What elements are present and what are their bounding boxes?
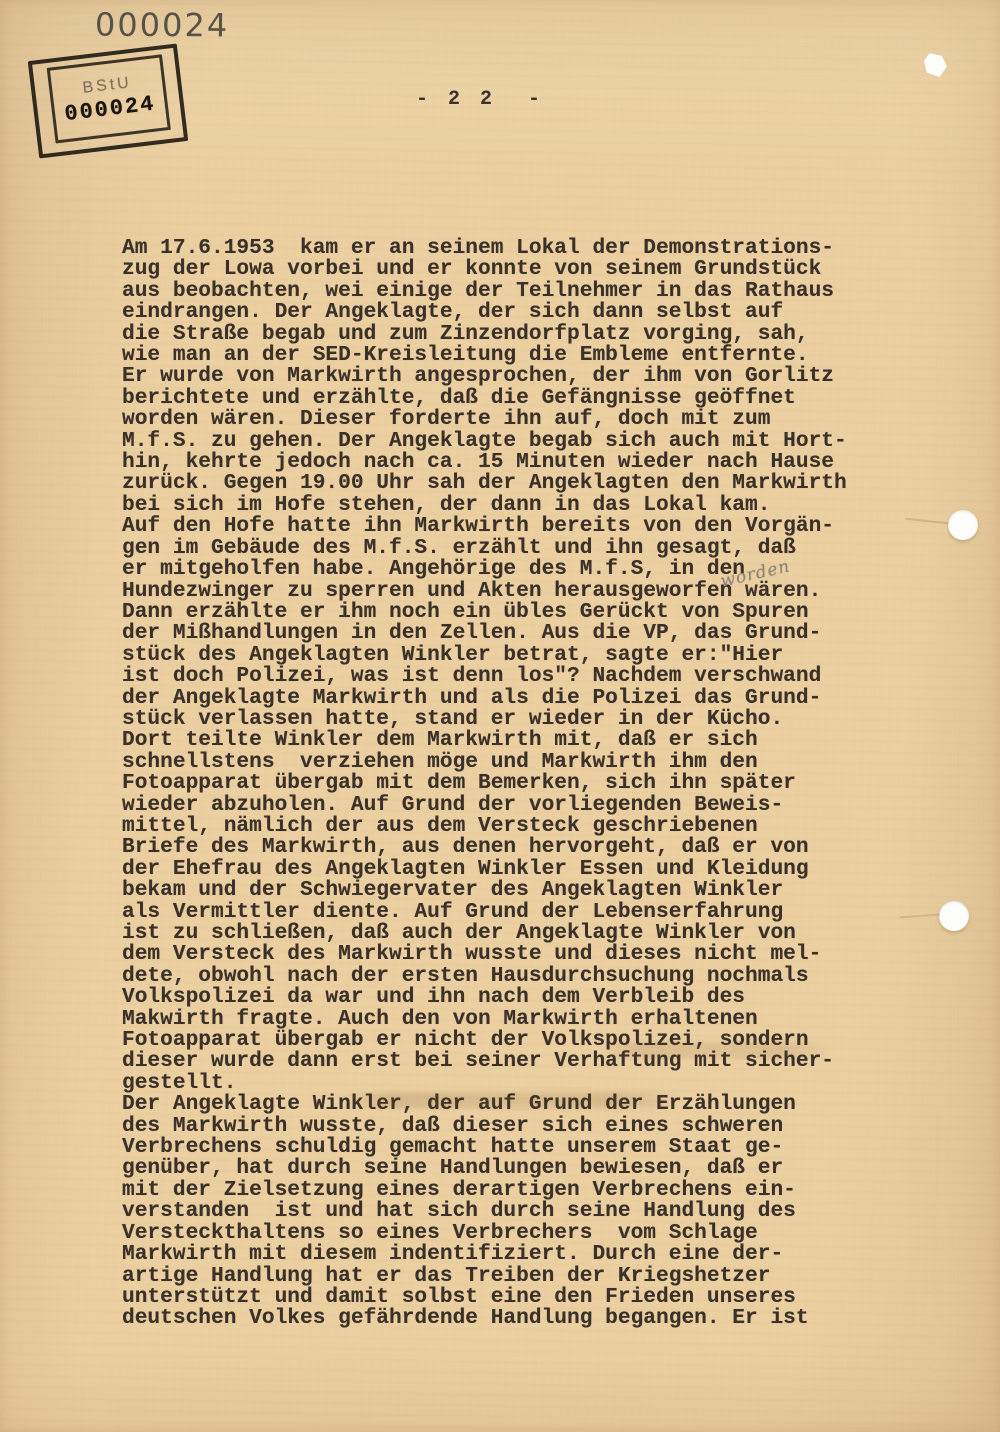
body-line: Makwirth fragte. Auch den von Markwirth …: [122, 1009, 892, 1030]
body-line: zurück. Gegen 19.00 Uhr sah der Angeklag…: [122, 473, 892, 494]
bstu-archive-stamp: BStU 000024: [28, 43, 189, 158]
body-line: bekam und der Schwiegervater des Angekla…: [122, 880, 892, 901]
body-line: dete, obwohl nach der ersten Hausdurchsu…: [122, 966, 892, 987]
body-line: artige Handlung hat er das Treiben der K…: [122, 1266, 892, 1287]
paper-crease: [905, 518, 949, 525]
punch-hole: [939, 901, 969, 931]
ink-bleedthrough-smudge: [600, 1042, 830, 1058]
body-line: verstanden ist und hat sich durch seine …: [122, 1201, 892, 1222]
body-line: bei sich im Hofe stehen, der dann in das…: [122, 495, 892, 516]
document-body: Am 17.6.1953 kam er an seinem Lokal der …: [122, 238, 892, 1330]
body-line: stück verlassen hatte, stand er wieder i…: [122, 709, 892, 730]
body-line: worden wären. Dieser forderte ihn auf, d…: [122, 409, 892, 430]
body-line: mit der Zielsetzung eines derartigen Ver…: [122, 1180, 892, 1201]
body-line: als Vermittler diente. Auf Grund der Leb…: [122, 902, 892, 923]
body-line: gen im Gebäude des M.f.S. erzählt und ih…: [122, 538, 892, 559]
body-line: M.f.S. zu gehen. Der Angeklagte begab si…: [122, 431, 892, 452]
bstu-stamp-inner-frame: BStU 000024: [47, 54, 171, 143]
body-line: Auf den Hofe hatte ihn Markwirth bereits…: [122, 516, 892, 537]
body-line: Volkspolizei da war und ihn nach dem Ver…: [122, 987, 892, 1008]
body-line: wieder abzuholen. Auf Grund der vorliege…: [122, 795, 892, 816]
body-line: genüber, hat durch seine Handlungen bewi…: [122, 1158, 892, 1179]
body-line: Dort teilte Winkler dem Markwirth mit, d…: [122, 730, 892, 751]
body-line: deutschen Volkes gefährdende Handlung be…: [122, 1308, 892, 1329]
body-line: der Mißhandlungen in den Zellen. Aus die…: [122, 623, 892, 644]
body-line: dem Versteck des Markwirth wusste und di…: [122, 944, 892, 965]
body-line: Dann erzählte er ihm noch ein übles Gerü…: [122, 602, 892, 623]
handwritten-serial-number: 000024: [95, 6, 229, 45]
body-line: mittel, nämlich der aus dem Versteck ges…: [122, 816, 892, 837]
body-line: ist zu schließen, daß auch der Angeklagt…: [122, 923, 892, 944]
body-line: der Angeklagte Markwirth und als die Pol…: [122, 688, 892, 709]
ink-bleedthrough-smudge: [340, 1092, 685, 1108]
body-line: des Markwirth wusste, daß dieser sich ei…: [122, 1116, 892, 1137]
body-line: Er wurde von Markwirth angesprochen, der…: [122, 366, 892, 387]
body-line: Hundezwinger zu sperren und Akten heraus…: [122, 581, 892, 602]
body-line: aus beobachten, wei einige der Teilnehme…: [122, 281, 892, 302]
body-line: ist doch Polizei, was ist denn los"? Nac…: [122, 666, 892, 687]
stamp-serial-number: 000024: [63, 91, 157, 127]
body-line: Briefe des Markwirth, aus denen hervorge…: [122, 837, 892, 858]
body-line: unterstützt und damit solbst eine den Fr…: [122, 1287, 892, 1308]
body-line: eindrangen. Der Angeklagte, der sich dan…: [122, 302, 892, 323]
body-line: wie man an der SED-Kreisleitung die Embl…: [122, 345, 892, 366]
body-line: Verbrechens schuldig gemacht hatte unser…: [122, 1137, 892, 1158]
paper-crease: [900, 914, 940, 919]
body-line: die Straße begab und zum Zinzendorfplatz…: [122, 324, 892, 345]
body-line: Am 17.6.1953 kam er an seinem Lokal der …: [122, 238, 892, 259]
punch-hole: [948, 510, 978, 540]
body-line: hin, kehrte jedoch nach ca. 15 Minuten w…: [122, 452, 892, 473]
body-line: schnellstens verziehen möge und Markwirt…: [122, 752, 892, 773]
scanned-document-page: 000024 BStU 000024 - 2 2 - Am 17.6.1953 …: [0, 0, 1000, 1432]
body-line: Markwirth mit diesem indentifiziert. Dur…: [122, 1244, 892, 1265]
page-number: - 2 2 -: [416, 88, 544, 111]
paper-tear-hole: [924, 53, 947, 77]
body-line: Fotoapparat übergab mit dem Bemerken, si…: [122, 773, 892, 794]
body-line: berichtete und erzählte, daß die Gefängn…: [122, 388, 892, 409]
body-line: der Ehefrau des Angeklagten Winkler Esse…: [122, 859, 892, 880]
body-line: zug der Lowa vorbei und er konnte von se…: [122, 259, 892, 280]
body-line: Versteckthaltens so eines Verbrechers vo…: [122, 1223, 892, 1244]
body-line: stück des Angeklagten Winkler betrat, sa…: [122, 645, 892, 666]
